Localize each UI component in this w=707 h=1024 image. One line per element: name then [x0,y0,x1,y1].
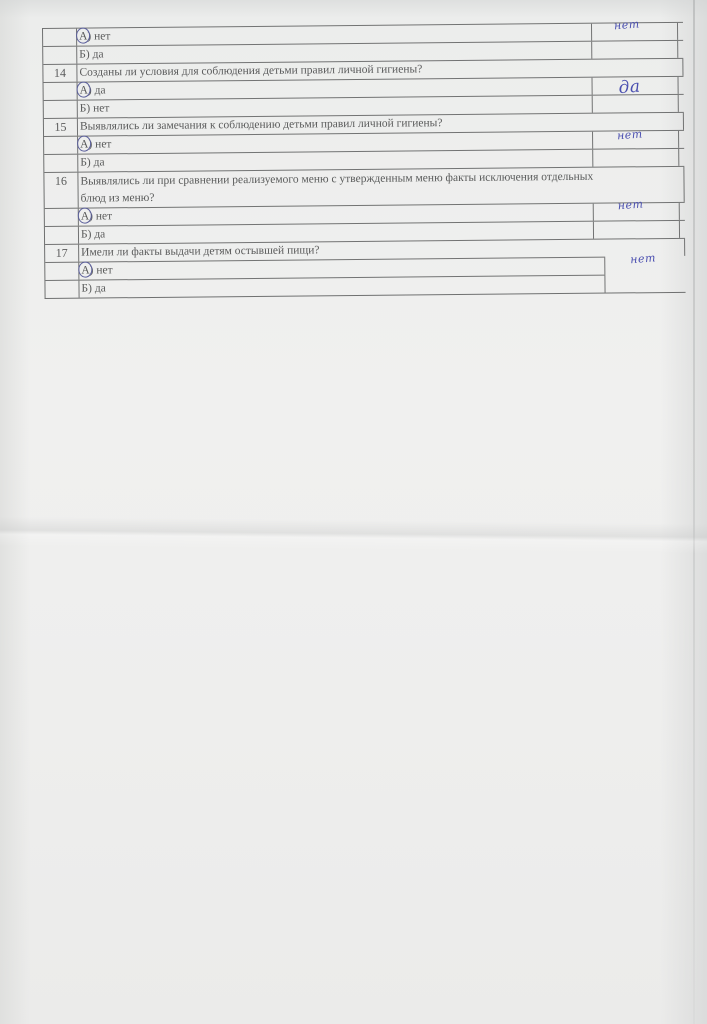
answer-cell: да [593,77,679,95]
option-label: нет [95,138,111,150]
paper-fold [0,516,707,553]
question-text: Выявлялись ли при сравнении реализуемого… [78,167,684,208]
option-marker: А) [79,29,91,45]
sheet-edge [693,0,695,1024]
option-label: да [93,48,104,60]
option-label: да [95,84,106,96]
number-cell [44,137,78,154]
answer-cell [593,149,679,167]
question-number: 16 [44,173,78,208]
number-cell [43,47,77,64]
option-marker: Б) [79,47,90,63]
handwritten-answer: нет [617,196,644,214]
number-cell [43,29,77,46]
answer-cell [594,221,680,239]
option-label: да [94,156,105,168]
option-cell: Б) да [79,276,605,298]
number-cell [44,155,78,172]
option-label: нет [93,102,109,114]
option-marker: Б) [80,101,91,117]
handwritten-answer: нет [616,126,643,144]
option-label: нет [96,264,112,276]
option-label: нет [94,30,110,42]
option-marker: А) [80,137,92,153]
option-marker: А) [80,83,92,99]
option-marker: А) [81,263,93,279]
handwritten-answer: нет [613,16,640,34]
number-cell [44,83,78,100]
question-number: 15 [44,119,78,136]
option-label: да [94,228,105,240]
number-cell [45,281,79,298]
option-marker: Б) [80,155,91,171]
questionnaire-table: А) нет нет Б) да 14 Созданы ли условия д… [42,22,686,299]
option-label: да [95,282,106,294]
question-number: 17 [45,245,79,262]
number-cell [45,263,79,280]
question-number: 14 [43,65,77,82]
answer-cell [593,95,679,113]
answer-cell: нет [593,131,679,149]
paper-sheet: А) нет нет Б) да 14 Созданы ли условия д… [0,0,707,1024]
handwritten-answer: нет [630,250,657,268]
option-label: нет [96,210,112,222]
option-marker: А) [81,209,93,225]
number-cell [44,101,78,118]
option-marker: Б) [81,227,92,243]
answer-cell: нет [592,23,678,41]
number-cell [45,209,79,226]
question-row: 16 Выявлялись ли при сравнении реализуем… [44,166,684,208]
answer-cell: нет [594,203,680,221]
answer-cell [592,41,678,59]
option-marker: Б) [81,281,92,297]
number-cell [45,227,79,244]
